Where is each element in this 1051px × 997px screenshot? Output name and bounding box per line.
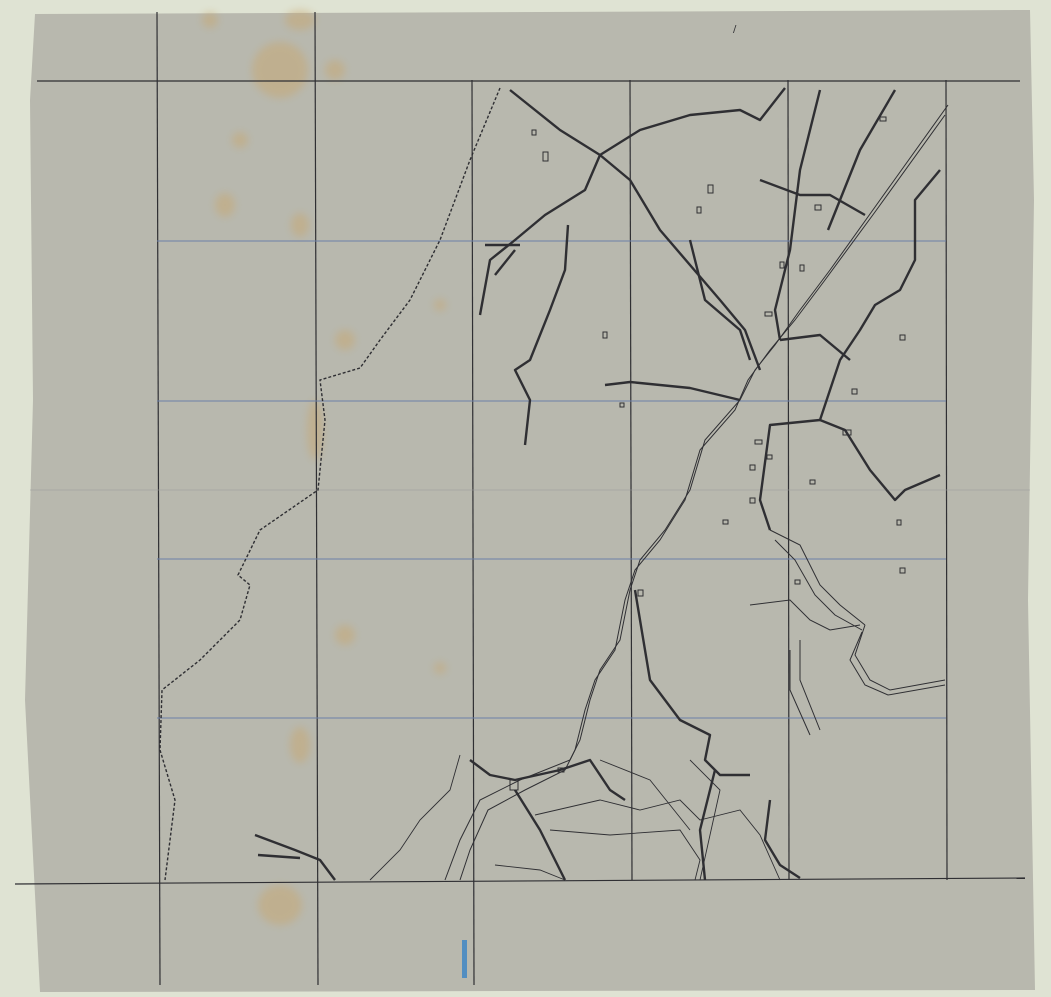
paper — [25, 10, 1035, 992]
map-sheet: / — [0, 0, 1051, 997]
blue-mark — [462, 940, 467, 978]
